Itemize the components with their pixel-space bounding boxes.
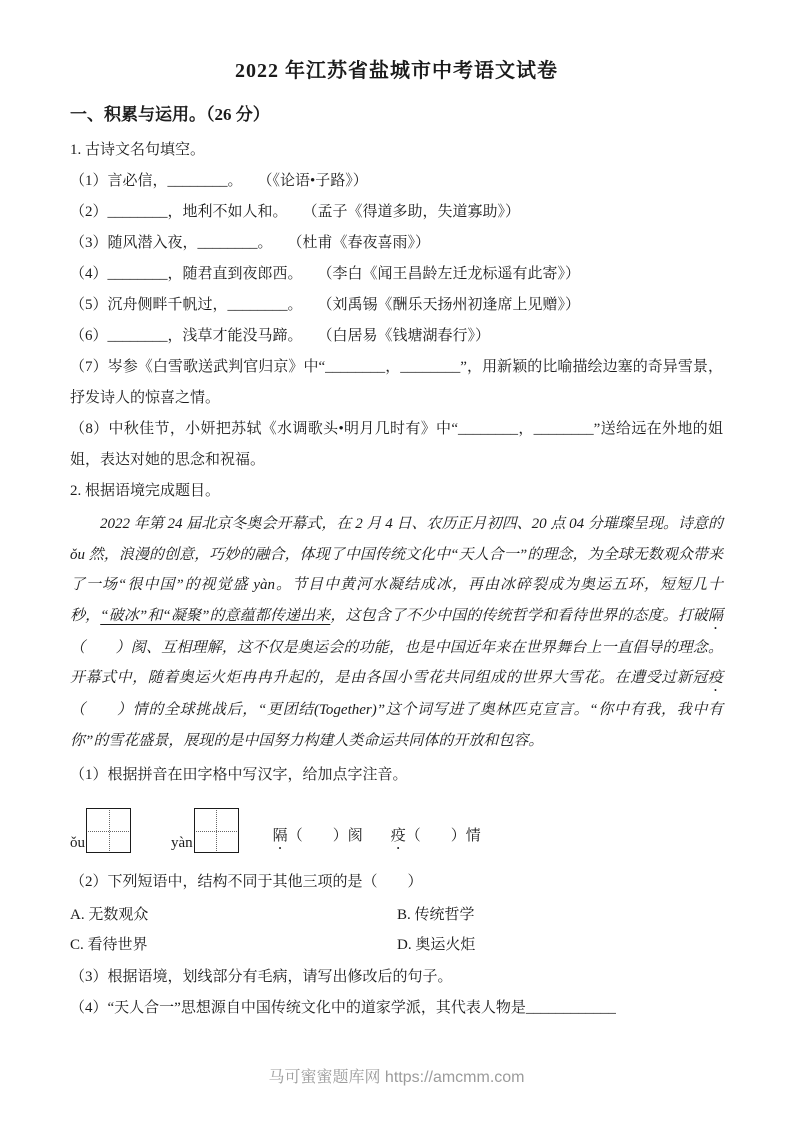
question-1-stem: 1. 古诗文名句填空。 — [70, 135, 723, 166]
zhuyin-yi-blank: （ ）情 — [406, 828, 481, 844]
zhuyin-ge-dotted-char: 隔 — [273, 828, 288, 844]
q1-item-1: （1）言必信，________。 （《论语•子路》） — [70, 166, 723, 197]
exam-paper-page: 2022 年江苏省盐城市中考语文试卷 一、积累与运用。（26 分） 1. 古诗文… — [0, 0, 793, 1122]
q1-item-4: （4）________，随君直到夜郎西。 （李白《闻王昌龄左迁龙标遥有此寄》） — [70, 259, 723, 290]
q2-sub2-stem: （2）下列短语中，结构不同于其他三项的是（ ） — [70, 867, 723, 898]
q2-sub2-options: A. 无数观众 B. 传统哲学 C. 看待世界 D. 奥运火炬 — [70, 900, 723, 960]
context-dotted-char-yi: 疫 — [708, 670, 723, 686]
context-dotted-char-ge: 隔 — [708, 608, 723, 624]
zhuyin-yi-group: 疫（ ）情 — [391, 823, 481, 853]
q1-item-2: （2）________，地利不如人和。 （孟子《得道多助，失道寡助》） — [70, 197, 723, 228]
q2-sub4-stem: （4）“天人合一”思想源自中国传统文化中的道家学派，其代表人物是________… — [70, 993, 723, 1024]
q1-item-8: （8）中秋佳节，小妍把苏轼《水调歌头•明月几时有》中“________，____… — [70, 414, 723, 476]
context-underlined-phrase: “破冰”和“凝聚”的意蕴都传递出来 — [100, 608, 330, 624]
context-text-4: （ ）情的全球挑战后，“更团结(Together)”这个词写进了奥林匹克宣言。“… — [70, 702, 723, 749]
tianzige-box-yan — [194, 808, 239, 853]
pinyin-label-ou: ǒu — [70, 834, 86, 853]
option-d: D. 奥运火炬 — [397, 930, 723, 960]
zhuyin-yi-dotted-char: 疫 — [391, 828, 406, 844]
section-1-heading: 一、积累与运用。（26 分） — [70, 101, 723, 129]
q1-item-3: （3）随风潜入夜，________。 （杜甫《春夜喜雨》） — [70, 228, 723, 259]
q1-item-5: （5）沉舟侧畔千帆过，________。 （刘禹锡《酬乐天扬州初逢席上见赠》） — [70, 290, 723, 321]
q2-sub3-stem: （3）根据语境，划线部分有毛病，请写出修改后的句子。 — [70, 962, 723, 993]
zhuyin-ge-group: 隔（ ）阂 — [273, 823, 363, 853]
q1-item-7: （7）岑参《白雪歌送武判官归京》中“________，________”，用新颖… — [70, 352, 723, 414]
pinyin-answer-row: ǒu yàn 隔（ ）阂 疫（ ）情 — [70, 799, 723, 853]
zhuyin-ge-blank: （ ）阂 — [288, 828, 363, 844]
question-2-stem: 2. 根据语境完成题目。 — [70, 476, 723, 507]
option-c: C. 看待世界 — [70, 930, 397, 960]
q2-context-paragraph: 2022 年第 24 届北京冬奥会开幕式，在 2 月 4 日、农历正月初四、20… — [70, 509, 723, 756]
q1-item-6: （6）________，浅草才能没马蹄。 （白居易《钱塘湖春行》） — [70, 321, 723, 352]
q2-sub1-stem: （1）根据拼音在田字格中写汉字，给加点字注音。 — [70, 760, 723, 791]
tianzige-box-ou — [86, 808, 131, 853]
option-a: A. 无数观众 — [70, 900, 397, 930]
footer-watermark: 马可蜜蜜题库网 https://amcmm.com — [0, 1064, 793, 1087]
context-text-3: （ ）阂、互相理解，这不仅是奥运会的功能，也是中国近年来在世界舞台上一直倡导的理… — [70, 640, 723, 687]
pinyin-label-yan: yàn — [171, 834, 194, 853]
option-b: B. 传统哲学 — [397, 900, 723, 930]
page-title: 2022 年江苏省盐城市中考语文试卷 — [70, 56, 723, 86]
context-text-2: ，这包含了不少中国的传统哲学和看待世界的态度。打破 — [330, 608, 708, 624]
